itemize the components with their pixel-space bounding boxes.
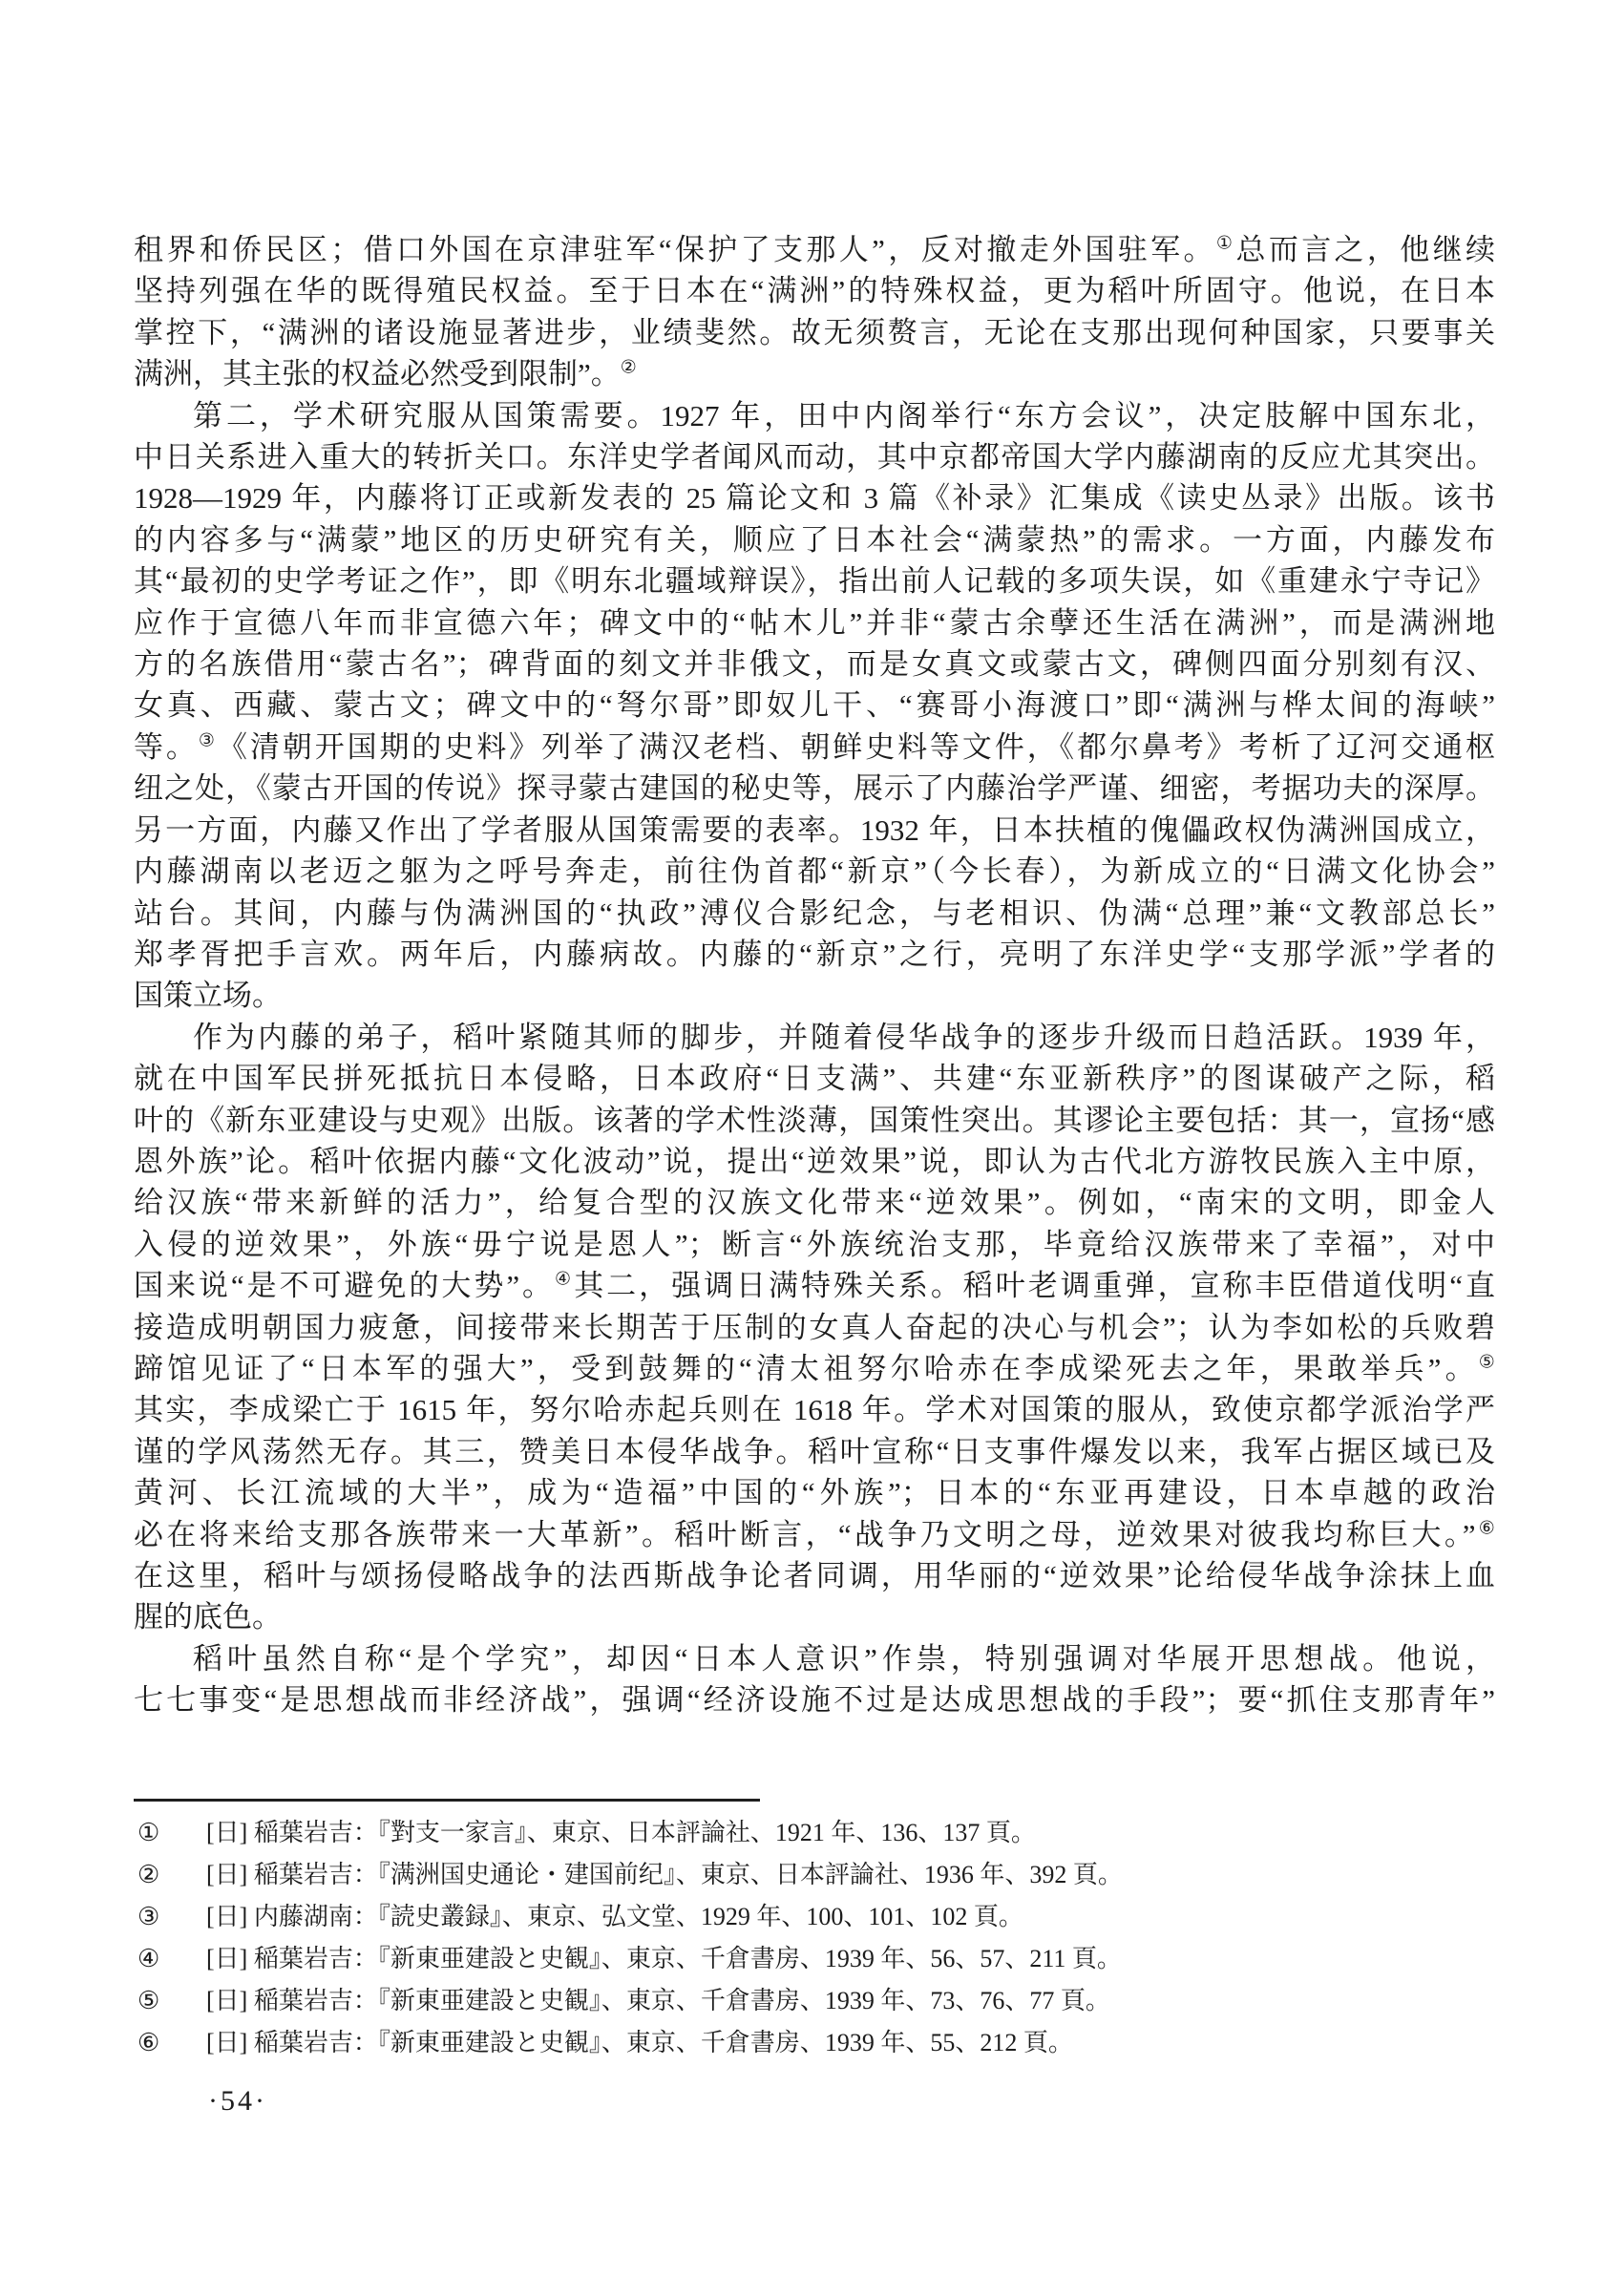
- footnote-item: ④[日] 稲葉岩吉：『新東亜建設と史観』、東京、千倉書房、1939 年、56、5…: [134, 1938, 1495, 1980]
- footnote-item: ③[日] 内藤湖南：『読史叢録』、東京、弘文堂、1929 年、100、101、1…: [134, 1896, 1495, 1938]
- body-line: 叶的《新东亚建设与史观》出版。该著的学术性淡薄，国策性突出。其谬论主要包括：其一…: [134, 1100, 1495, 1141]
- body-line: 接造成明朝国力疲惫，间接带来长期苦于压制的女真人奋起的决心与机会”；认为李如松的…: [134, 1307, 1495, 1348]
- footnote-text: [日] 稲葉岩吉：『新東亜建設と史観』、東京、千倉書房、1939 年、56、57…: [206, 1938, 1495, 1980]
- body-line: 在这里，稻叶与颂扬侵略战争的法西斯战争论者同调，用华丽的“逆效果”论给侵华战争涂…: [134, 1555, 1495, 1596]
- body-line: 应作于宣德八年而非宣德六年；碑文中的“帖木儿”并非“蒙古余孽还生活在满洲”，而是…: [134, 602, 1495, 643]
- body-line: 必在将来给支那各族带来一大革新”。稻叶断言，“战争乃文明之母，逆效果对彼我均称巨…: [134, 1514, 1495, 1555]
- body-line: 蹄馆见证了“日本军的强大”，受到鼓舞的“清太祖努尔哈赤在李成梁死去之年，果敢举兵…: [134, 1348, 1495, 1389]
- body-line: 给汉族“带来新鲜的活力”，给复合型的汉族文化带来“逆效果”。例如，“南宋的文明，…: [134, 1182, 1495, 1223]
- body-line: 另一方面，内藤又作出了学者服从国策需要的表率。1932 年，日本扶植的傀儡政权伪…: [134, 810, 1495, 851]
- body-line: 国来说“是不可避免的大势”。④其二，强调日满特殊关系。稻叶老调重弹，宣称丰臣借道…: [134, 1265, 1495, 1306]
- footnote-text: [日] 稲葉岩吉：『满洲国史通论・建国前纪』、東京、日本評論社、1936 年、3…: [206, 1854, 1495, 1896]
- footnote-text: [日] 稲葉岩吉：『新東亜建設と史観』、東京、千倉書房、1939 年、73、76…: [206, 1980, 1495, 2022]
- body-line: 七七事变“是思想战而非经济战”，强调“经济设施不过是达成思想战的手段”；要“抓住…: [134, 1679, 1495, 1720]
- body-line: 租界和侨民区；借口外国在京津驻军“保护了支那人”，反对撤走外国驻军。①总而言之，…: [134, 229, 1495, 270]
- footnote-item: ⑥[日] 稲葉岩吉：『新東亜建設と史観』、東京、千倉書房、1939 年、55、2…: [134, 2022, 1495, 2064]
- body-line: 站台。其间，内藤与伪满洲国的“执政”溥仪合影纪念，与老相识、伪满“总理”兼“文教…: [134, 893, 1495, 934]
- body-line: 其实，李成梁亡于 1615 年，努尔哈赤起兵则在 1618 年。学术对国策的服从…: [134, 1389, 1495, 1430]
- body-line: 稻叶虽然自称“是个学究”，却因“日本人意识”作祟，特别强调对华展开思想战。他说，: [134, 1638, 1495, 1679]
- footnote-marker: ④: [134, 1938, 206, 1980]
- body-line: 方的名族借用“蒙古名”；碑背面的刻文并非俄文，而是女真文或蒙古文，碑侧四面分别刻…: [134, 643, 1495, 685]
- page-number: ·54·: [208, 2085, 267, 2118]
- body-line: 1928—1929 年，内藤将订正或新发表的 25 篇论文和 3 篇《补录》汇集…: [134, 477, 1495, 518]
- body-line: 坚持列强在华的既得殖民权益。至于日本在“满洲”的特殊权益，更为稻叶所固守。他说，…: [134, 270, 1495, 311]
- body-line: 的内容多与“满蒙”地区的历史研究有关，顺应了日本社会“满蒙热”的需求。一方面，内…: [134, 519, 1495, 560]
- body-line: 掌控下，“满洲的诸设施显著进步，业绩斐然。故无须赘言，无论在支那出现何种国家，只…: [134, 312, 1495, 353]
- footnotes: ①[日] 稲葉岩吉：『對支一家言』、東京、日本評論社、1921 年、136、13…: [134, 1812, 1495, 2064]
- body-line: 满洲，其主张的权益必然受到限制”。②: [134, 353, 1495, 394]
- body-line: 纽之处，《蒙古开国的传说》探寻蒙古建国的秘史等，展示了内藤治学严谨、细密，考据功…: [134, 768, 1495, 809]
- body-line: 等。③《清朝开国期的史料》列举了满汉老档、朝鲜史料等文件，《都尔鼻考》考析了辽河…: [134, 727, 1495, 768]
- body-line: 内藤湖南以老迈之躯为之呼号奔走，前往伪首都“新京”（今长春），为新成立的“日满文…: [134, 851, 1495, 892]
- body-line: 谨的学风荡然无存。其三，赞美日本侵华战争。稻叶宣称“日支事件爆发以来，我军占据区…: [134, 1431, 1495, 1472]
- body-line: 黄河、长江流域的大半”，成为“造福”中国的“外族”；日本的“东亚再建设，日本卓越…: [134, 1472, 1495, 1513]
- body-line: 其“最初的史学考证之作”，即《明东北疆域辩误》，指出前人记载的多项失误，如《重建…: [134, 560, 1495, 601]
- body-line: 郑孝胥把手言欢。两年后，内藤病故。内藤的“新京”之行，亮明了东洋史学“支那学派”…: [134, 934, 1495, 975]
- footnote-item: ②[日] 稲葉岩吉：『满洲国史通论・建国前纪』、東京、日本評論社、1936 年、…: [134, 1854, 1495, 1896]
- footnote-marker: ②: [134, 1854, 206, 1896]
- body-line: 入侵的逆效果”，外族“毋宁说是恩人”；断言“外族统治支那，毕竟给汉族带来了幸福”…: [134, 1224, 1495, 1265]
- body-line: 作为内藤的弟子，稻叶紧随其师的脚步，并随着侵华战争的逐步升级而日趋活跃。1939…: [134, 1017, 1495, 1058]
- footnote-text: [日] 内藤湖南：『読史叢録』、東京、弘文堂、1929 年、100、101、10…: [206, 1896, 1495, 1938]
- body-line: 中日关系进入重大的转折关口。东洋史学者闻风而动，其中京都帝国大学内藤湖南的反应尤…: [134, 436, 1495, 477]
- footnote-text: [日] 稲葉岩吉：『對支一家言』、東京、日本評論社、1921 年、136、137…: [206, 1812, 1495, 1854]
- body-line: 腥的底色。: [134, 1596, 1495, 1637]
- footnote-marker: ①: [134, 1812, 206, 1854]
- footnote-item: ①[日] 稲葉岩吉：『對支一家言』、東京、日本評論社、1921 年、136、13…: [134, 1812, 1495, 1854]
- footnote-text: [日] 稲葉岩吉：『新東亜建設と史観』、東京、千倉書房、1939 年、55、21…: [206, 2022, 1495, 2064]
- document-page: 租界和侨民区；借口外国在京津驻军“保护了支那人”，反对撤走外国驻军。①总而言之，…: [0, 0, 1624, 2277]
- body-text: 租界和侨民区；借口外国在京津驻军“保护了支那人”，反对撤走外国驻军。①总而言之，…: [134, 229, 1495, 1721]
- footnote-marker: ⑤: [134, 1980, 206, 2022]
- footnote-marker: ③: [134, 1896, 206, 1938]
- body-line: 就在中国军民拼死抵抗日本侵略，日本政府“日支满”、共建“东亚新秩序”的图谋破产之…: [134, 1058, 1495, 1099]
- body-line: 恩外族”论。稻叶依据内藤“文化波动”说，提出“逆效果”说，即认为古代北方游牧民族…: [134, 1141, 1495, 1182]
- body-line: 国策立场。: [134, 975, 1495, 1016]
- footnote-marker: ⑥: [134, 2022, 206, 2064]
- body-line: 女真、西藏、蒙古文；碑文中的“弩尔哥”即奴儿干、“赛哥小海渡口”即“满洲与桦太间…: [134, 685, 1495, 726]
- footnote-separator: [134, 1799, 760, 1802]
- body-line: 第二，学术研究服从国策需要。1927 年，田中内阁举行“东方会议”，决定肢解中国…: [134, 395, 1495, 436]
- footnote-item: ⑤[日] 稲葉岩吉：『新東亜建設と史観』、東京、千倉書房、1939 年、73、7…: [134, 1980, 1495, 2022]
